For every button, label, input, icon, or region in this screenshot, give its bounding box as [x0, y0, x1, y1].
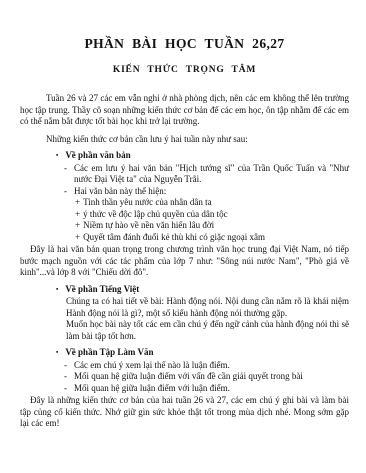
sub-list-item-text: Tinh thần yêu nước của nhân dân ta — [83, 197, 349, 209]
lead-paragraph: Những kiến thức cơ bản cần lưu ý hai tuầ… — [20, 134, 349, 146]
page-subtitle: KIẾN THỨC TRỌNG TÂM — [20, 65, 349, 76]
dash-marker: - — [64, 163, 67, 186]
section-title: Về phần Tập Làm Văn — [65, 347, 153, 359]
plus-marker: + — [75, 232, 80, 244]
section-paragraph: Chúng ta có hai tiết về bài: Hành động n… — [66, 296, 349, 319]
list-item: - Mối quan hệ giữa luận điểm với luận đi… — [64, 383, 349, 395]
section-van-ban: ▪ Về phần văn bản - Các em lưu ý hai văn… — [20, 150, 349, 279]
sub-list-item-text: Quyết tâm đánh đuổi kẻ thù khi có giặc n… — [83, 232, 349, 244]
plus-marker: + — [75, 220, 80, 232]
list-item: - Mối quan hệ giữa luận điểm với vấn đề … — [64, 371, 349, 383]
outro-paragraph: Đây là những kiến thức cơ bản của hai tu… — [20, 395, 349, 430]
section-title: Về phần Tiếng Việt — [65, 284, 139, 296]
list-item-text: Hai văn bản này thể hiện: — [74, 186, 349, 198]
plus-marker: + — [75, 197, 80, 209]
list-item: - Hai văn bản này thể hiện: — [64, 186, 349, 198]
list-item-text: Mối quan hệ giữa luận điểm với vấn đề cầ… — [74, 371, 349, 383]
list-item-text: Mối quan hệ giữa luận điểm với luận điểm… — [74, 383, 349, 395]
square-bullet-icon: ▪ — [56, 150, 58, 162]
square-bullet-icon: ▪ — [56, 284, 58, 296]
square-bullet-icon: ▪ — [56, 347, 58, 359]
section-title: Về phần văn bản — [65, 150, 130, 162]
section-note: Đây là hai văn bản quan trọng trong chươ… — [20, 244, 349, 279]
list-item: - Các em chú ý xem lại thế nào là luận đ… — [64, 360, 349, 372]
dash-marker: - — [64, 383, 67, 395]
page-title: PHẦN BÀI HỌC TUẦN 26,27 — [20, 36, 349, 52]
dash-marker: - — [64, 371, 67, 383]
sub-list-item: + Niềm tự hào về nền văn hiến lâu đời — [75, 220, 349, 232]
sub-list-item: + Quyết tâm đánh đuổi kẻ thù khi có giặc… — [75, 232, 349, 244]
section-header: ▪ Về phần Tiếng Việt — [56, 284, 349, 297]
section-tieng-viet: ▪ Về phần Tiếng Việt Chúng ta có hai tiế… — [20, 284, 349, 343]
list-item-text: Các em chú ý xem lại thế nào là luận điể… — [74, 360, 349, 372]
intro-paragraph: Tuần 26 và 27 các em vẫn nghỉ ở nhà phòn… — [20, 93, 349, 128]
list-item: - Các em lưu ý hai văn bản "Hịch tướng s… — [64, 163, 349, 186]
sub-list-item: + Tinh thần yêu nước của nhân dân ta — [75, 197, 349, 209]
document-page: PHẦN BÀI HỌC TUẦN 26,27 KIẾN THỨC TRỌNG … — [0, 0, 366, 430]
dash-marker: - — [64, 360, 67, 372]
sub-list-item-text: Niềm tự hào về nền văn hiến lâu đời — [83, 220, 349, 232]
plus-marker: + — [75, 209, 80, 221]
sub-list-item: + ý thức về độc lập chủ quyền của dân tộ… — [75, 209, 349, 221]
section-header: ▪ Về phần Tập Làm Văn — [56, 347, 349, 360]
dash-marker: - — [64, 186, 67, 198]
section-header: ▪ Về phần văn bản — [56, 150, 349, 163]
sub-list-item-text: ý thức về độc lập chủ quyền của dân tộc — [83, 209, 349, 221]
section-paragraph: Muốn học bài này tốt các em cần chú ý đế… — [66, 319, 349, 342]
list-item-text: Các em lưu ý hai văn bản "Hịch tướng sĩ"… — [74, 163, 349, 186]
section-tap-lam-van: ▪ Về phần Tập Làm Văn - Các em chú ý xem… — [20, 347, 349, 394]
